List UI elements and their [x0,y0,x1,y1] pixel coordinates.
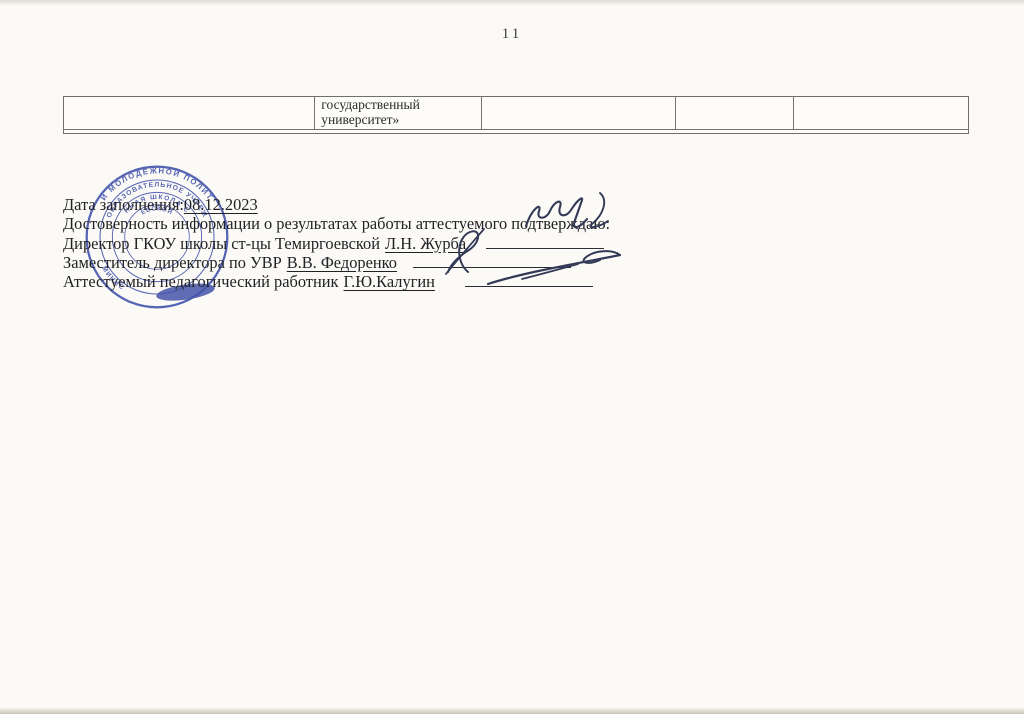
table-cell [794,97,968,129]
director-label: Директор ГКОУ школы ст-цы Темиргоевской [63,234,380,253]
deputy-label: Заместитель директора по УВР [63,253,282,272]
table-cell: государственный университет» [315,97,481,129]
scan-edge-top [0,0,1024,6]
table: государственный университет» [63,96,969,134]
page-number: 11 [0,26,1024,43]
table-cell [64,97,315,129]
table-cell [676,97,794,129]
teacher-label: Аттестуемый педагогический работник [63,272,338,291]
teacher-handwritten-signature [480,248,630,292]
date-label: Дата заполнения: [63,195,184,214]
table-cell [482,97,676,129]
scanned-document-page: 11 государственный университет» И МОЛОДЕ… [0,0,1024,714]
director-handwritten-signature [512,190,647,238]
deputy-name: В.В. Федоренко [287,253,397,272]
table-row: государственный университет» [64,97,968,130]
date-value: 08.12.2023 [184,195,258,214]
teacher-name: Г.Ю.Калугин [343,272,434,291]
scan-edge-bottom [0,707,1024,714]
